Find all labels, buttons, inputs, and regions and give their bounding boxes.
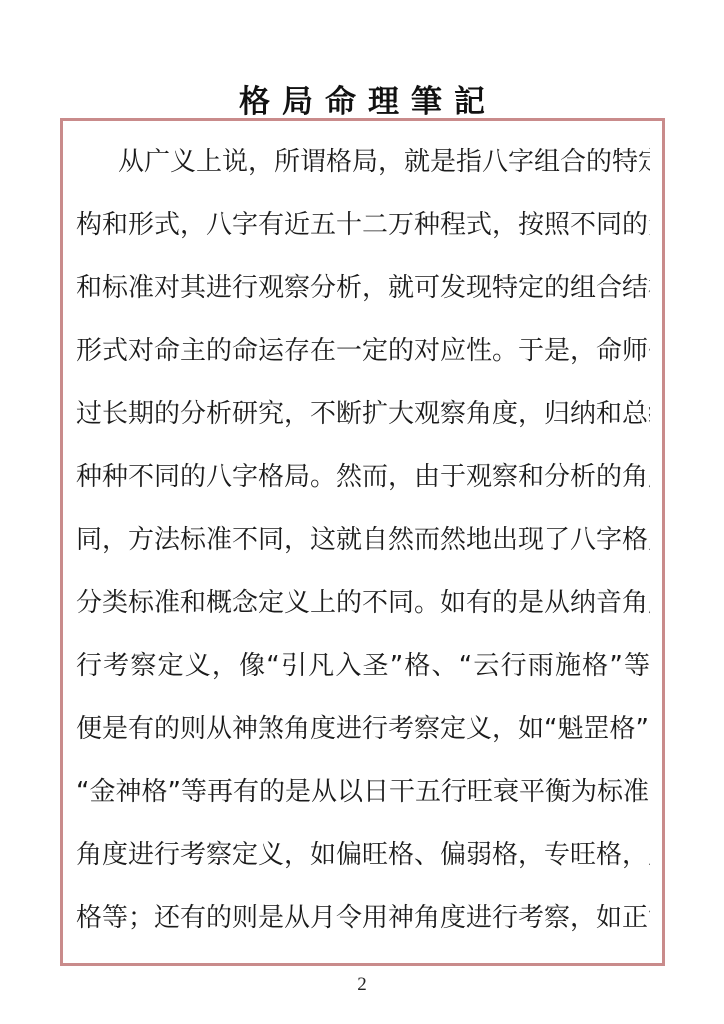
document-page: 格局命理筆記 从广义上说，所谓格局，就是指八字组合的特定结 构和形式，八字有近五… bbox=[0, 0, 724, 1024]
text-line: 和标准对其进行观察分析，就可发现特定的组合结构和 bbox=[76, 257, 650, 320]
text-line: 种种不同的八字格局。然而，由于观察和分析的角度不 bbox=[76, 446, 650, 509]
text-line: 角度进行考察定义，如偏旺格、偏弱格，专旺格，从弱 bbox=[76, 824, 650, 887]
text-line: 行考察定义，像“引凡入圣”格、“云行雨施格”等 bbox=[76, 635, 650, 698]
text-line: 形式对命主的命运存在一定的对应性。于是，命师们经 bbox=[76, 320, 650, 383]
text-line: 构和形式，八字有近五十二万种程式，按照不同的角度 bbox=[76, 194, 650, 257]
text-line: 过长期的分析研究，不断扩大观察角度，归纳和总结了 bbox=[76, 383, 650, 446]
text-line: “金神格”等再有的是从以日干五行旺衰平衡为标准的 bbox=[76, 761, 650, 824]
document-title: 格局命理筆記 bbox=[0, 76, 724, 121]
text-line: 分类标准和概念定义上的不同。如有的是从纳音角度进 bbox=[76, 572, 650, 635]
text-line: 格等；还有的则是从月令用神角度进行考察，如正官佩 bbox=[76, 887, 650, 950]
text-line: 便是有的则从神煞角度进行考察定义，如“魁罡格”、 bbox=[76, 698, 650, 761]
text-line: 同，方法标准不同，这就自然而然地出现了八字格局在 bbox=[76, 509, 650, 572]
text-line: 从广义上说，所谓格局，就是指八字组合的特定结 bbox=[76, 131, 650, 194]
bordered-text-frame: 从广义上说，所谓格局，就是指八字组合的特定结 构和形式，八字有近五十二万种程式，… bbox=[60, 118, 665, 966]
page-number: 2 bbox=[0, 974, 724, 996]
